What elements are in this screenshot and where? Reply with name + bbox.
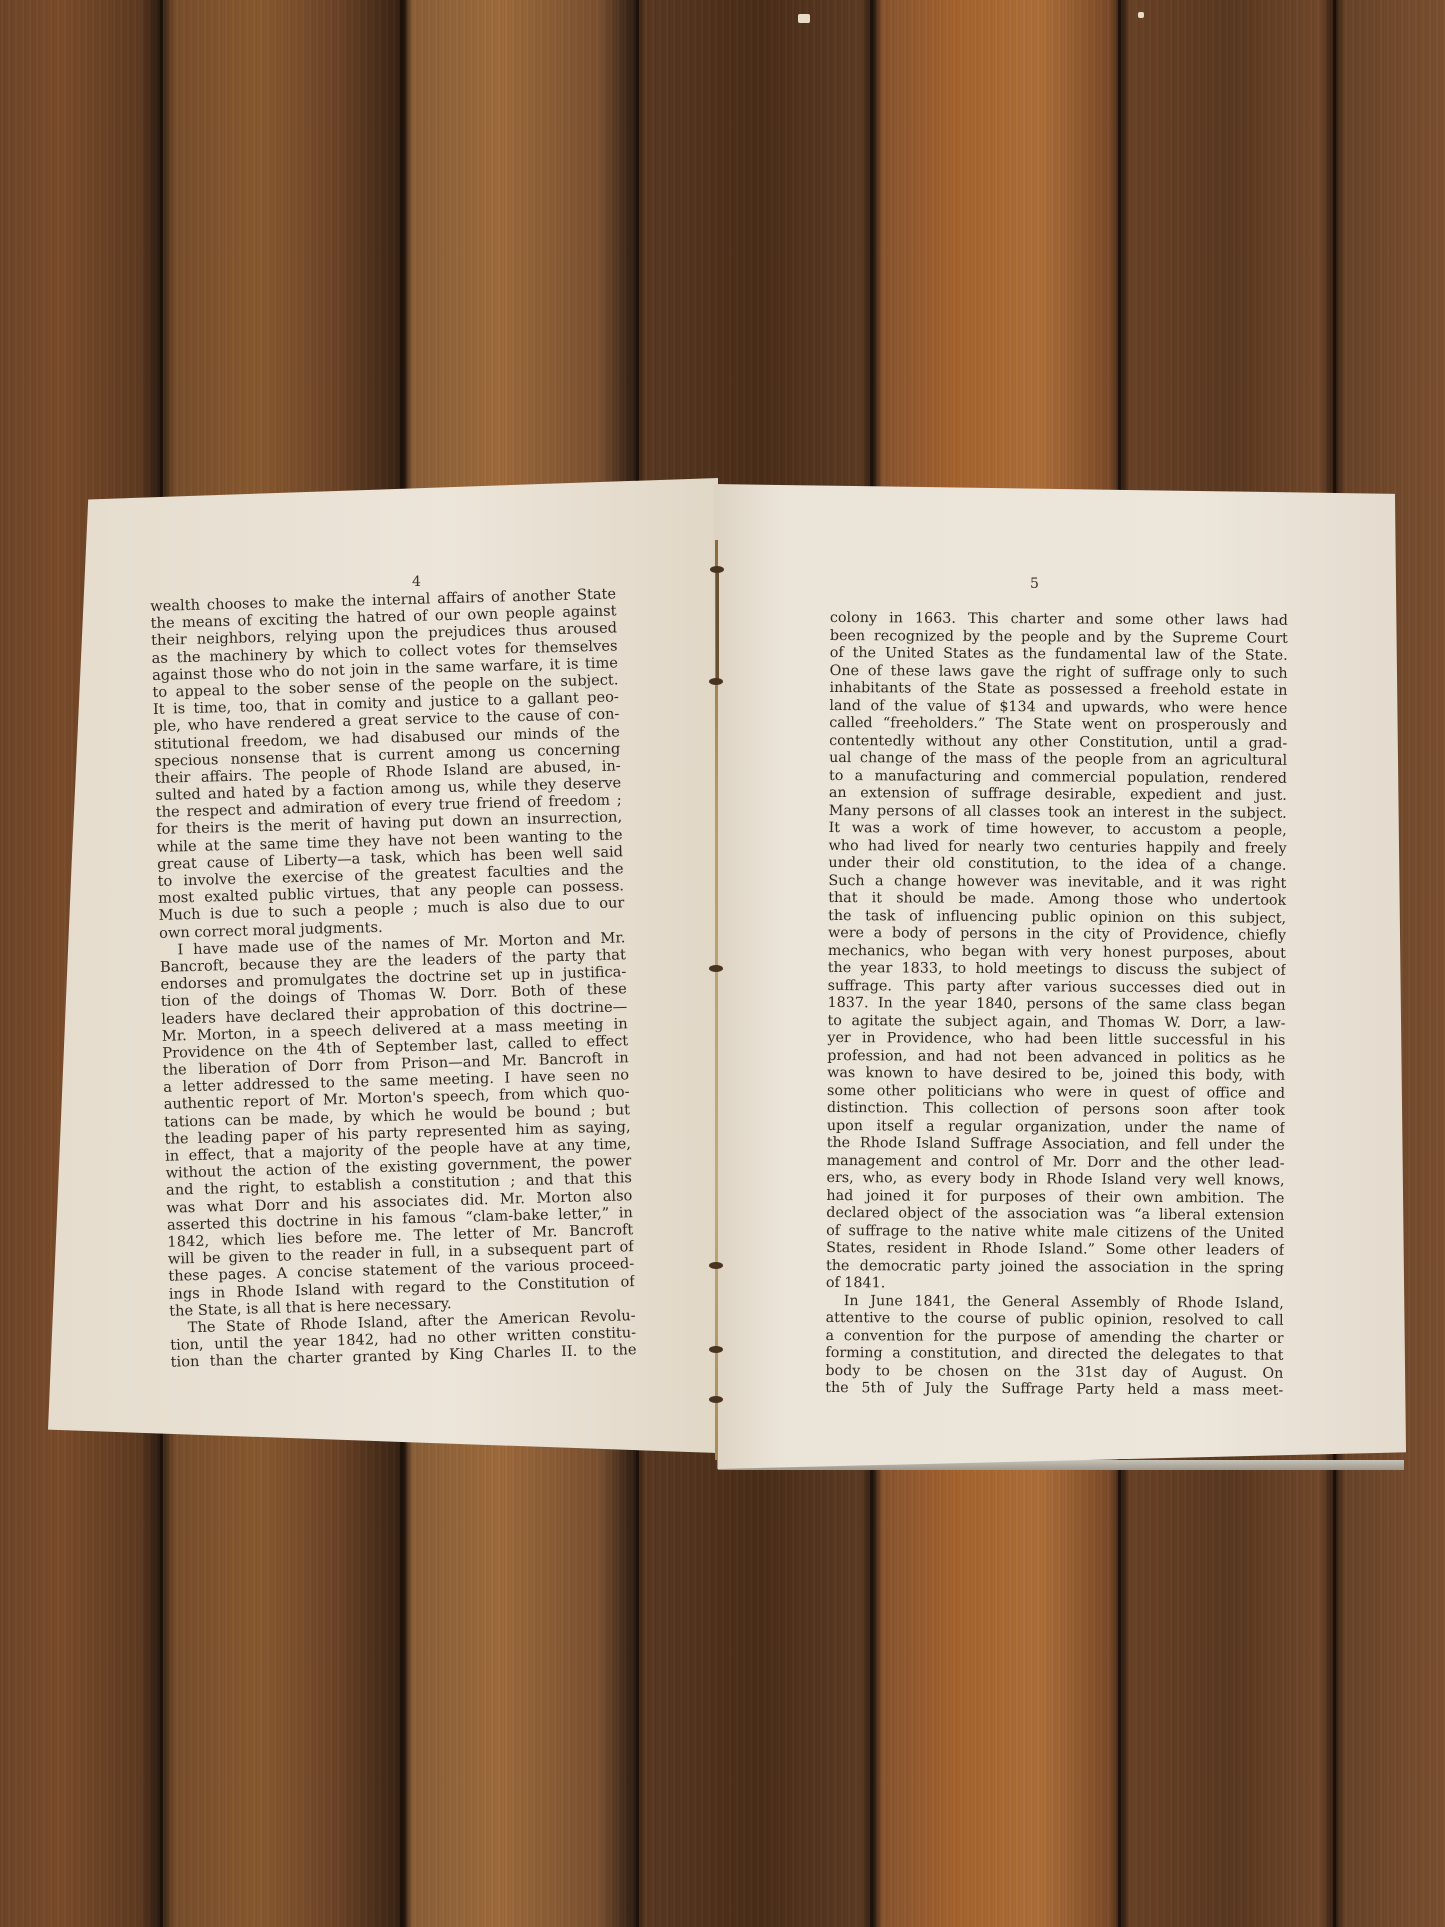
text-line: called “freeholders.” The State went on … [829,715,1287,735]
text-line: colony in 1663. This charter and some ot… [830,610,1288,630]
text-line: yer in Providence, who had been little s… [827,1030,1285,1050]
text-line: were a body of persons in the city of Pr… [828,925,1286,945]
text-line: forming a constitution, and directed the… [825,1345,1283,1365]
binding-stitch [710,566,724,573]
text-line: declared object of the association was “… [826,1205,1284,1225]
text-line: an extension of suffrage desirable, expe… [829,785,1287,805]
open-pamphlet: 4 5 wealth chooses to make the internal … [0,0,1445,1927]
text-line: the 5th of July the Suffrage Party held … [825,1380,1283,1400]
text-line: of the United States as the fundamental … [830,645,1288,665]
text-line: attentive to the course of public opinio… [826,1310,1284,1330]
binding-stitch [709,1262,723,1269]
binding-thread [716,568,719,680]
text-line: the year 1833, to hold meetings to discu… [828,960,1286,980]
text-line: that it should be made. Among those who … [828,890,1286,910]
text-line: under their old constitution, to the ide… [828,855,1286,875]
text-line: It was a work of time however, to accust… [829,820,1287,840]
text-line: inhabitants of the State as possessed a … [829,680,1287,700]
page-number-right: 5 [1030,576,1039,592]
text-line: distinction. This collection of persons … [827,1100,1285,1120]
text-line: 1837. In the year 1840, persons of the s… [828,995,1286,1015]
right-page-text: colony in 1663. This charter and some ot… [825,610,1288,1400]
text-line: the democratic party joined the associat… [826,1257,1284,1277]
binding-stitch [709,1346,723,1353]
text-line: was known to have desired to be, joined … [827,1065,1285,1085]
binding-stitch [709,965,723,972]
text-line: ual change of the mass of the people fro… [829,750,1287,770]
text-line: the Rhode Island Suffrage Association, a… [827,1135,1285,1155]
text-line: States, resident in Rhode Island.” Some … [826,1240,1284,1260]
left-page-text: wealth chooses to make the internal affa… [150,585,637,1371]
page-number-left: 4 [412,574,421,590]
text-line: ers, who, as every body in Rhode Island … [826,1170,1284,1190]
binding-stitch [709,678,723,685]
binding-stitch [709,1396,723,1403]
